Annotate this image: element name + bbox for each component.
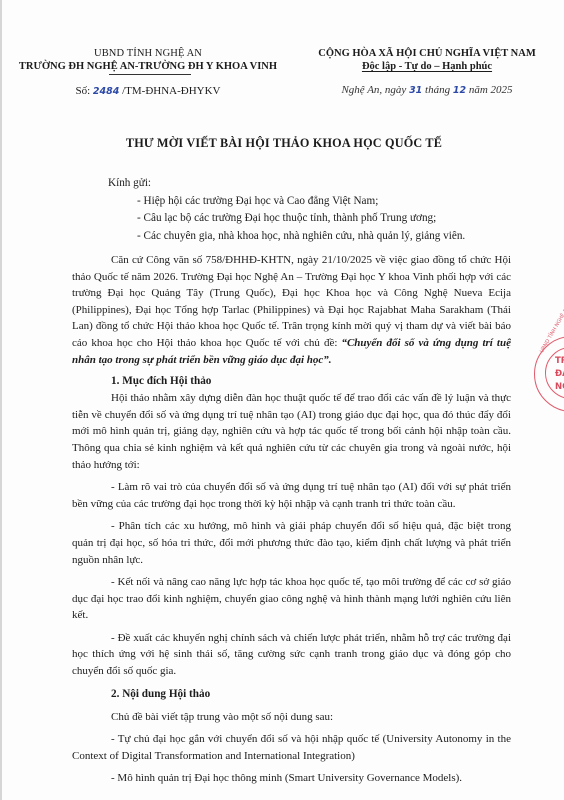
section-1-lead: Hội thảo nhằm xây dựng diễn đàn học thuậ… [72, 390, 511, 473]
national-motto: Độc lập - Tự do – Hạnh phúc [362, 61, 492, 72]
issuing-authority: UBND TỈNH NGHỆ AN [12, 47, 284, 60]
goal-item: - Phân tích các xu hướng, mô hình và giả… [72, 518, 511, 568]
stamp-line: TRƯ [555, 355, 564, 368]
date-day-handwritten: 31 [409, 85, 422, 96]
doc-number-label: Số: [75, 85, 92, 97]
doc-number-code: /TM-ĐHNA-ĐHYKV [119, 85, 220, 97]
header-underline [109, 74, 191, 75]
recipient-item: - Câu lạc bộ các trường Đại học thuộc tỉ… [108, 210, 465, 228]
goal-item: - Làm rõ vai trò của chuyển đổi số và ứn… [72, 479, 511, 512]
stamp-text: TRƯ ĐẠ NG [555, 355, 564, 394]
recipients-label: Kính gửi: [108, 175, 465, 193]
recipient-item: - Hiệp hội các trường Đại học và Cao đẳn… [108, 193, 465, 211]
institution-name: TRƯỜNG ĐH NGHỆ AN-TRƯỜNG ĐH Y KHOA VINH [12, 60, 284, 73]
doc-number-handwritten: 2484 [93, 86, 119, 97]
stamp-line: ĐẠ [555, 368, 564, 381]
section-2-lead: Chủ đề bài viết tập trung vào một số nội… [72, 709, 511, 726]
goal-item: - Kết nối và nâng cao năng lực hợp tác k… [72, 574, 511, 624]
section-2-heading: 2. Nội dung Hội thảo [72, 686, 511, 703]
section-1-heading: 1. Mục đích Hội thảo [72, 373, 511, 390]
document-title: THƯ MỜI VIẾT BÀI HỘI THẢO KHOA HỌC QUỐC … [2, 136, 564, 151]
stamp-line: NG [555, 381, 564, 394]
red-seal-stamp: UBND TỈNH NGHỆ AN TRƯ ĐẠ NG [534, 336, 564, 412]
goal-item: - Đề xuất các khuyến nghị chính sách và … [72, 630, 511, 680]
intro-paragraph: Căn cứ Công văn số 758/ĐHHĐ-KHTN, ngày 2… [72, 252, 511, 368]
place-label: Nghệ An, ngày [341, 84, 409, 96]
recipients-block: Kính gửi: - Hiệp hội các trường Đại học … [108, 175, 465, 245]
nation-title: CỘNG HÒA XÃ HỘI CHỦ NGHĨA VIỆT NAM [292, 47, 562, 60]
date-month-handwritten: 12 [453, 85, 466, 96]
issuer-header: UBND TỈNH NGHỆ AN TRƯỜNG ĐH NGHỆ AN-TRƯỜ… [12, 47, 284, 98]
month-label: tháng [422, 84, 453, 96]
topic-item: - Mô hình quản trị Đại học thông minh (S… [72, 770, 511, 787]
document-number: Số: 2484 /TM-ĐHNA-ĐHYKV [12, 85, 284, 98]
document-page: UBND TỈNH NGHỆ AN TRƯỜNG ĐH NGHỆ AN-TRƯỜ… [0, 0, 564, 800]
intro-text: Căn cứ Công văn số 758/ĐHHĐ-KHTN, ngày 2… [72, 254, 511, 349]
stamp-arc-text: UBND TỈNH NGHỆ AN [539, 305, 564, 354]
place-date: Nghệ An, ngày 31 tháng 12 năm 2025 [292, 84, 562, 97]
topic-item: - Tự chủ đại học gắn với chuyển đổi số v… [72, 731, 511, 764]
letter-body: Căn cứ Công văn số 758/ĐHHĐ-KHTN, ngày 2… [72, 252, 511, 787]
recipient-item: - Các chuyên gia, nhà khoa học, nhà nghi… [108, 228, 465, 246]
year-label: năm 2025 [466, 84, 512, 96]
national-header: CỘNG HÒA XÃ HỘI CHỦ NGHĨA VIỆT NAM Độc l… [292, 47, 562, 97]
